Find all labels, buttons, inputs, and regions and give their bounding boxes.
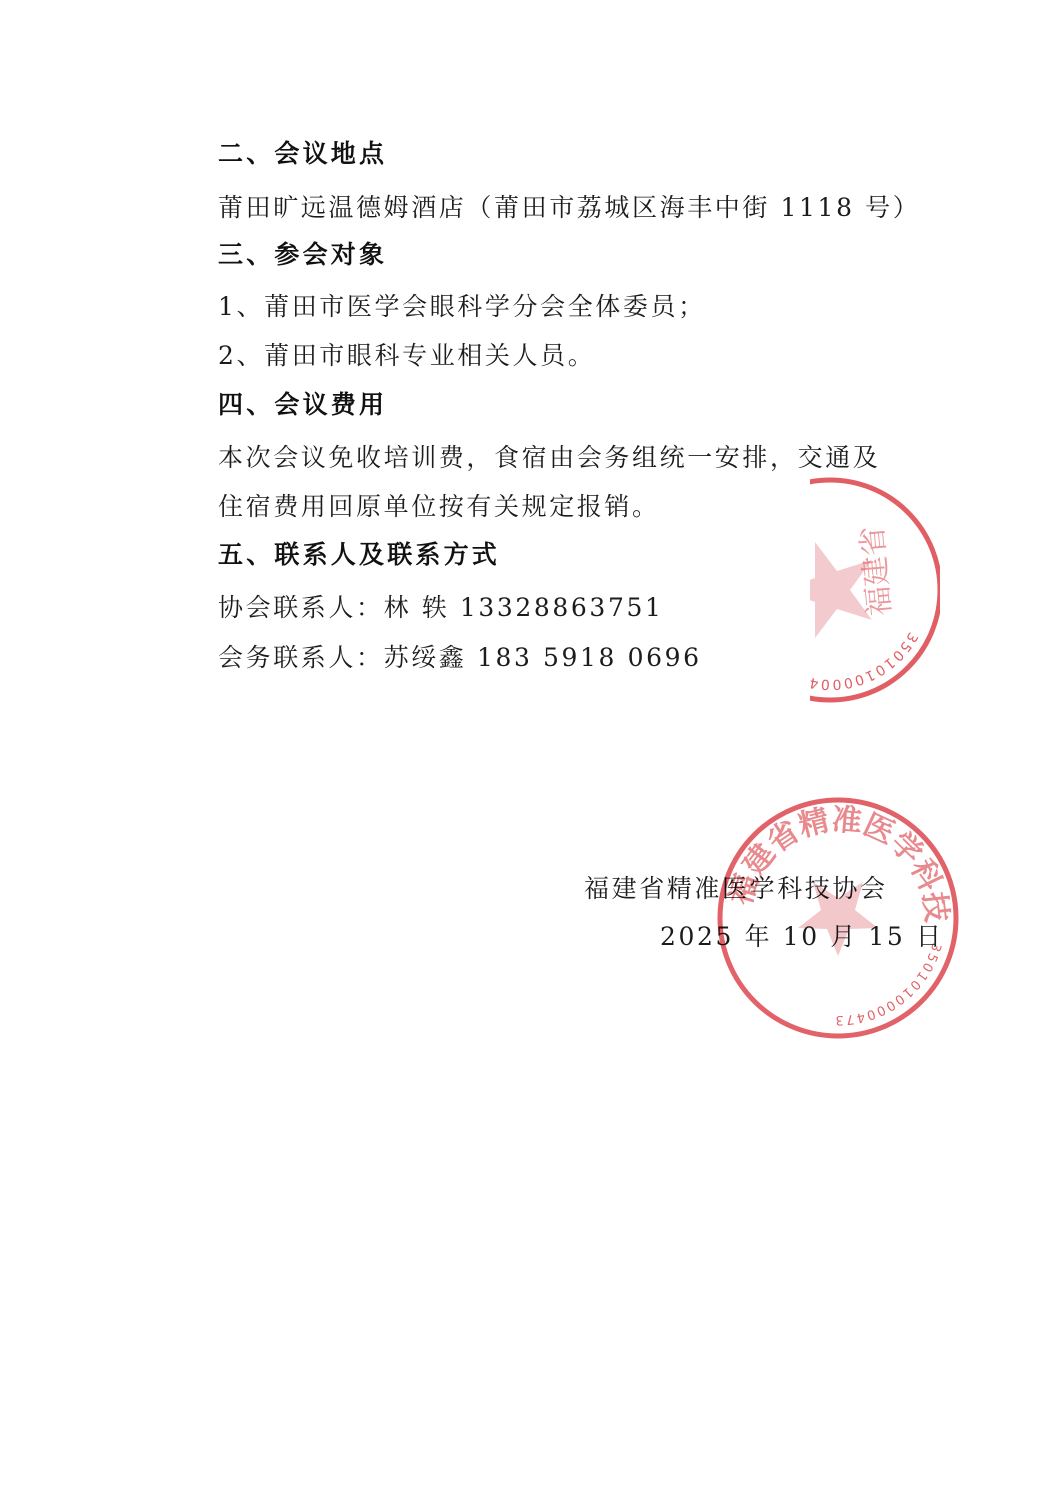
venue-address: 莆田旷远温德姆酒店（莆田市荔城区海丰中街 1118 号）: [218, 191, 920, 225]
section-heading-contacts: 五、联系人及联系方式: [218, 538, 500, 572]
association-contact: 协会联系人：林 轶 13328863751: [218, 591, 663, 625]
fees-text-line-1: 本次会议免收培训费，食宿由会务组统一安排，交通及: [218, 441, 880, 475]
section-heading-fees: 四、会议费用: [218, 388, 387, 422]
svg-text:3501010000473: 3501010000473: [833, 941, 943, 1027]
official-seal-icon: 福建省精准医学科技协会 3501010000473: [712, 792, 964, 1044]
section-heading-attendees: 三、参会对象: [218, 238, 387, 272]
fees-text-line-2: 住宿费用回原单位按有关规定报销。: [218, 490, 660, 524]
attendee-item-2: 2、莆田市眼科专业相关人员。: [218, 339, 595, 373]
seam-stamp-icon: 3501010000473 福建省: [700, 470, 960, 710]
signature-date: 2025 年 10 月 15 日: [660, 920, 944, 954]
svg-text:3501010000473: 3501010000473: [783, 596, 922, 710]
attendee-item-1: 1、莆田市医学会眼科学分会全体委员；: [218, 290, 706, 324]
document-page: 二、会议地点 莆田旷远温德姆酒店（莆田市荔城区海丰中街 1118 号） 三、参会…: [0, 0, 1062, 1500]
section-heading-venue: 二、会议地点: [218, 137, 387, 171]
conference-contact: 会务联系人：苏绥鑫 183 5918 0696: [218, 641, 702, 675]
svg-text:福建省: 福建省: [855, 525, 898, 618]
signature-organization: 福建省精准医学科技协会: [584, 872, 888, 906]
